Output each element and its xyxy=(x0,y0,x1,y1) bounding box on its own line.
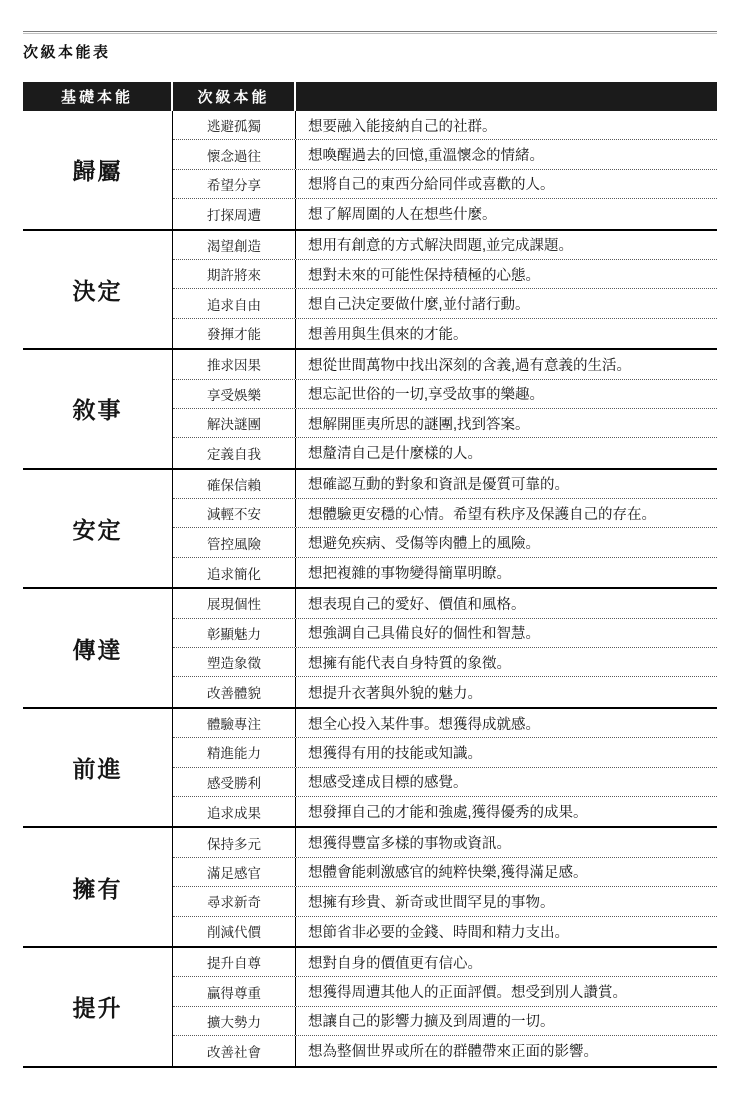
basic-instinct-label: 歸屬 xyxy=(23,111,173,229)
secondary-instinct-label: 提升自尊 xyxy=(173,948,296,976)
instinct-description: 想讓自己的影響力擴及到周遭的一切。 xyxy=(296,1007,717,1035)
table-row: 展現個性 想表現自己的愛好、價值和風格。 xyxy=(173,589,717,618)
table-row: 確保信賴 想確認互動的對象和資訊是優質可靠的。 xyxy=(173,470,717,499)
instinct-group: 擁有 保持多元 想獲得豐富多樣的事物或資訊。 滿足感官 想體會能刺激感官的純粹快… xyxy=(23,826,717,946)
secondary-instinct-label: 追求成果 xyxy=(173,797,296,826)
group-rows: 逃避孤獨 想要融入能接納自己的社群。 懷念過往 想喚醒過去的回憶,重溫懷念的情緒… xyxy=(173,111,717,229)
secondary-instinct-label: 精進能力 xyxy=(173,738,296,766)
instinct-description: 想忘記世俗的一切,享受故事的樂趣。 xyxy=(296,380,717,408)
instinct-description: 想對自身的價值更有信心。 xyxy=(296,948,717,976)
instinct-description: 想對未來的可能性保持積極的心態。 xyxy=(296,260,717,288)
secondary-instinct-label: 懷念過往 xyxy=(173,140,296,168)
instinct-description: 想避免疾病、受傷等肉體上的風險。 xyxy=(296,528,717,556)
secondary-instinct-label: 擴大勢力 xyxy=(173,1007,296,1035)
instinct-description: 想獲得有用的技能或知識。 xyxy=(296,738,717,766)
instinct-group: 敘事 推求因果 想從世間萬物中找出深刻的含義,過有意義的生活。 享受娛樂 想忘記… xyxy=(23,348,717,468)
instinct-description: 想獲得周遭其他人的正面評價。想受到別人讚賞。 xyxy=(296,977,717,1005)
instinct-description: 想擁有珍貴、新奇或世間罕見的事物。 xyxy=(296,887,717,915)
table-row: 改善體貌 想提升衣著與外貌的魅力。 xyxy=(173,677,717,706)
secondary-instinct-label: 希望分享 xyxy=(173,170,296,198)
secondary-instinct-label: 塑造象徵 xyxy=(173,648,296,676)
secondary-instinct-label: 滿足感官 xyxy=(173,858,296,886)
secondary-instinct-label: 推求因果 xyxy=(173,350,296,378)
top-rule xyxy=(23,31,717,34)
instinct-description: 想發揮自己的才能和強處,獲得優秀的成果。 xyxy=(296,797,717,826)
table-row: 改善社會 想為整個世界或所在的群體帶來正面的影響。 xyxy=(173,1036,717,1065)
group-rows: 展現個性 想表現自己的愛好、價值和風格。 彰顯魅力 想強調自己具備良好的個性和智… xyxy=(173,589,717,707)
instinct-description: 想喚醒過去的回憶,重溫懷念的情緒。 xyxy=(296,140,717,168)
secondary-instinct-label: 期許將來 xyxy=(173,260,296,288)
secondary-instinct-label: 管控風險 xyxy=(173,528,296,556)
table-row: 希望分享 想將自己的東西分給同伴或喜歡的人。 xyxy=(173,170,717,199)
basic-instinct-label: 安定 xyxy=(23,470,173,588)
table-row: 管控風險 想避免疾病、受傷等肉體上的風險。 xyxy=(173,528,717,557)
table-header-row: 基礎本能 次級本能 xyxy=(23,82,717,111)
table-row: 享受娛樂 想忘記世俗的一切,享受故事的樂趣。 xyxy=(173,380,717,409)
page: 次級本能表 基礎本能 次級本能 歸屬 逃避孤獨 想要融入能接納自己的社群。 懷念… xyxy=(0,0,740,1099)
table-row: 渴望創造 想用有創意的方式解決問題,並完成課題。 xyxy=(173,231,717,260)
basic-instinct-label: 擁有 xyxy=(23,828,173,946)
instinct-description: 想節省非必要的金錢、時間和精力支出。 xyxy=(296,917,717,946)
instinct-description: 想獲得豐富多樣的事物或資訊。 xyxy=(296,828,717,856)
secondary-instinct-label: 改善社會 xyxy=(173,1036,296,1065)
table-row: 感受勝利 想感受達成目標的感覺。 xyxy=(173,768,717,797)
table-row: 減輕不安 想體驗更安穩的心情。希望有秩序及保護自己的存在。 xyxy=(173,499,717,528)
instinct-description: 想把複雜的事物變得簡單明瞭。 xyxy=(296,558,717,587)
group-rows: 保持多元 想獲得豐富多樣的事物或資訊。 滿足感官 想體會能刺激感官的純粹快樂,獲… xyxy=(173,828,717,946)
table-row: 懷念過往 想喚醒過去的回憶,重溫懷念的情緒。 xyxy=(173,140,717,169)
instinct-description: 想自己決定要做什麼,並付諸行動。 xyxy=(296,289,717,317)
instinct-description: 想全心投入某件事。想獲得成就感。 xyxy=(296,709,717,737)
instinct-group: 安定 確保信賴 想確認互動的對象和資訊是優質可靠的。 減輕不安 想體驗更安穩的心… xyxy=(23,468,717,588)
table-row: 塑造象徵 想擁有能代表自身特質的象徵。 xyxy=(173,648,717,677)
instinct-description: 想釐清自己是什麼樣的人。 xyxy=(296,438,717,467)
instinct-description: 想表現自己的愛好、價值和風格。 xyxy=(296,589,717,617)
table-row: 彰顯魅力 想強調自己具備良好的個性和智慧。 xyxy=(173,619,717,648)
table-row: 追求成果 想發揮自己的才能和強處,獲得優秀的成果。 xyxy=(173,797,717,826)
secondary-instinct-label: 贏得尊重 xyxy=(173,977,296,1005)
table-row: 保持多元 想獲得豐富多樣的事物或資訊。 xyxy=(173,828,717,857)
secondary-instinct-label: 定義自我 xyxy=(173,438,296,467)
header-basic-instinct: 基礎本能 xyxy=(23,82,173,111)
instinct-description: 想善用與生俱來的才能。 xyxy=(296,319,717,348)
secondary-instinct-label: 發揮才能 xyxy=(173,319,296,348)
table-row: 期許將來 想對未來的可能性保持積極的心態。 xyxy=(173,260,717,289)
instinct-description: 想提升衣著與外貌的魅力。 xyxy=(296,677,717,706)
instinct-description: 想確認互動的對象和資訊是優質可靠的。 xyxy=(296,470,717,498)
instinct-group: 決定 渴望創造 想用有創意的方式解決問題,並完成課題。 期許將來 想對未來的可能… xyxy=(23,229,717,349)
instinct-group: 前進 體驗專注 想全心投入某件事。想獲得成就感。 精進能力 想獲得有用的技能或知… xyxy=(23,707,717,827)
secondary-instinct-label: 渴望創造 xyxy=(173,231,296,259)
instinct-group: 傳達 展現個性 想表現自己的愛好、價值和風格。 彰顯魅力 想強調自己具備良好的個… xyxy=(23,587,717,707)
table-row: 削減代價 想節省非必要的金錢、時間和精力支出。 xyxy=(173,917,717,946)
secondary-instinct-label: 削減代價 xyxy=(173,917,296,946)
instinct-description: 想擁有能代表自身特質的象徵。 xyxy=(296,648,717,676)
instinct-description: 想了解周圍的人在想些什麼。 xyxy=(296,199,717,228)
instinct-group: 提升 提升自尊 想對自身的價值更有信心。 贏得尊重 想獲得周遭其他人的正面評價。… xyxy=(23,946,717,1066)
basic-instinct-label: 決定 xyxy=(23,231,173,349)
table-row: 贏得尊重 想獲得周遭其他人的正面評價。想受到別人讚賞。 xyxy=(173,977,717,1006)
instinct-description: 想感受達成目標的感覺。 xyxy=(296,768,717,796)
secondary-instinct-label: 確保信賴 xyxy=(173,470,296,498)
table-row: 滿足感官 想體會能刺激感官的純粹快樂,獲得滿足感。 xyxy=(173,858,717,887)
instinct-description: 想要融入能接納自己的社群。 xyxy=(296,111,717,139)
page-title: 次級本能表 xyxy=(23,41,111,62)
basic-instinct-label: 提升 xyxy=(23,948,173,1066)
instinct-description: 想為整個世界或所在的群體帶來正面的影響。 xyxy=(296,1036,717,1065)
secondary-instinct-label: 彰顯魅力 xyxy=(173,619,296,647)
table-row: 解決謎團 想解開匪夷所思的謎團,找到答案。 xyxy=(173,409,717,438)
secondary-instinct-label: 體驗專注 xyxy=(173,709,296,737)
table-row: 尋求新奇 想擁有珍貴、新奇或世間罕見的事物。 xyxy=(173,887,717,916)
table-row: 擴大勢力 想讓自己的影響力擴及到周遭的一切。 xyxy=(173,1007,717,1036)
secondary-instinct-label: 打探周遭 xyxy=(173,199,296,228)
secondary-instinct-label: 保持多元 xyxy=(173,828,296,856)
instinct-description: 想強調自己具備良好的個性和智慧。 xyxy=(296,619,717,647)
table-row: 定義自我 想釐清自己是什麼樣的人。 xyxy=(173,438,717,467)
group-rows: 渴望創造 想用有創意的方式解決問題,並完成課題。 期許將來 想對未來的可能性保持… xyxy=(173,231,717,349)
instinct-group: 歸屬 逃避孤獨 想要融入能接納自己的社群。 懷念過往 想喚醒過去的回憶,重溫懷念… xyxy=(23,111,717,229)
secondary-instinct-label: 追求自由 xyxy=(173,289,296,317)
table-row: 追求簡化 想把複雜的事物變得簡單明瞭。 xyxy=(173,558,717,587)
table-row: 逃避孤獨 想要融入能接納自己的社群。 xyxy=(173,111,717,140)
instinct-description: 想從世間萬物中找出深刻的含義,過有意義的生活。 xyxy=(296,350,717,378)
basic-instinct-label: 前進 xyxy=(23,709,173,827)
table-row: 發揮才能 想善用與生俱來的才能。 xyxy=(173,319,717,348)
secondary-instinct-label: 展現個性 xyxy=(173,589,296,617)
instinct-description: 想解開匪夷所思的謎團,找到答案。 xyxy=(296,409,717,437)
secondary-instinct-label: 解決謎團 xyxy=(173,409,296,437)
secondary-instinct-label: 改善體貌 xyxy=(173,677,296,706)
instinct-description: 想用有創意的方式解決問題,並完成課題。 xyxy=(296,231,717,259)
header-secondary-instinct: 次級本能 xyxy=(173,82,296,111)
secondary-instinct-label: 逃避孤獨 xyxy=(173,111,296,139)
secondary-instinct-table: 基礎本能 次級本能 歸屬 逃避孤獨 想要融入能接納自己的社群。 懷念過往 想喚醒… xyxy=(23,82,717,1068)
secondary-instinct-label: 減輕不安 xyxy=(173,499,296,527)
instinct-description: 想體會能刺激感官的純粹快樂,獲得滿足感。 xyxy=(296,858,717,886)
group-rows: 推求因果 想從世間萬物中找出深刻的含義,過有意義的生活。 享受娛樂 想忘記世俗的… xyxy=(173,350,717,468)
group-rows: 提升自尊 想對自身的價值更有信心。 贏得尊重 想獲得周遭其他人的正面評價。想受到… xyxy=(173,948,717,1066)
table-body: 歸屬 逃避孤獨 想要融入能接納自己的社群。 懷念過往 想喚醒過去的回憶,重溫懷念… xyxy=(23,111,717,1068)
table-row: 精進能力 想獲得有用的技能或知識。 xyxy=(173,738,717,767)
table-row: 推求因果 想從世間萬物中找出深刻的含義,過有意義的生活。 xyxy=(173,350,717,379)
group-rows: 確保信賴 想確認互動的對象和資訊是優質可靠的。 減輕不安 想體驗更安穩的心情。希… xyxy=(173,470,717,588)
secondary-instinct-label: 享受娛樂 xyxy=(173,380,296,408)
basic-instinct-label: 傳達 xyxy=(23,589,173,707)
secondary-instinct-label: 追求簡化 xyxy=(173,558,296,587)
table-row: 打探周遭 想了解周圍的人在想些什麼。 xyxy=(173,199,717,228)
instinct-description: 想將自己的東西分給同伴或喜歡的人。 xyxy=(296,170,717,198)
basic-instinct-label: 敘事 xyxy=(23,350,173,468)
secondary-instinct-label: 感受勝利 xyxy=(173,768,296,796)
group-rows: 體驗專注 想全心投入某件事。想獲得成就感。 精進能力 想獲得有用的技能或知識。 … xyxy=(173,709,717,827)
table-row: 體驗專注 想全心投入某件事。想獲得成就感。 xyxy=(173,709,717,738)
secondary-instinct-label: 尋求新奇 xyxy=(173,887,296,915)
instinct-description: 想體驗更安穩的心情。希望有秩序及保護自己的存在。 xyxy=(296,499,717,527)
table-row: 追求自由 想自己決定要做什麼,並付諸行動。 xyxy=(173,289,717,318)
table-row: 提升自尊 想對自身的價值更有信心。 xyxy=(173,948,717,977)
header-description xyxy=(296,82,717,111)
